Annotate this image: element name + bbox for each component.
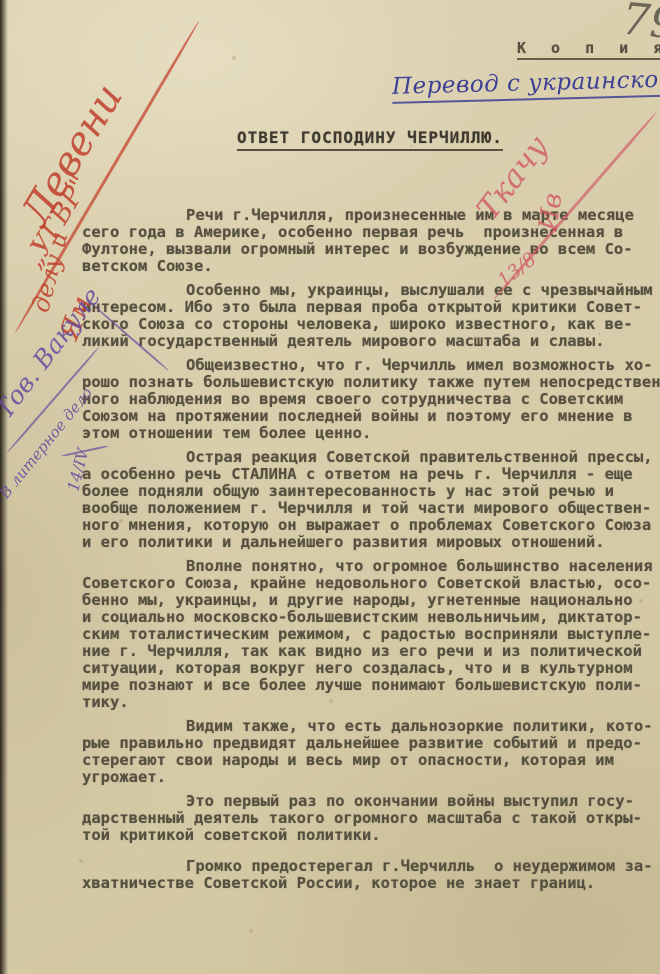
typed-paragraph: Острая реакция Советской правительственн…	[82, 449, 660, 551]
typed-paragraph: Вполне понятно, что огромное большинство…	[82, 558, 660, 711]
typed-paragraph: Видим также, что есть дальнозоркие полит…	[82, 718, 660, 786]
copy-label: К о п и я.	[517, 39, 660, 60]
document-title: ОТВЕТ ГОСПОДИНУ ЧЕРЧИЛЛЮ.	[237, 128, 503, 151]
typed-document-body: Речи г.Черчилля, произнесенные им в март…	[82, 207, 660, 899]
typed-paragraph: Речи г.Черчилля, произнесенные им в март…	[82, 207, 660, 275]
red-annotation-initials-right: Ив	[534, 191, 569, 233]
typed-paragraph: Особенно мы, украинцы, выслушали ее с чр…	[82, 282, 660, 350]
typed-paragraph: Громко предостерегал г.Черчилль о неудер…	[82, 858, 660, 892]
typed-paragraph: Это первый раз по окончании войны выступ…	[82, 793, 660, 844]
